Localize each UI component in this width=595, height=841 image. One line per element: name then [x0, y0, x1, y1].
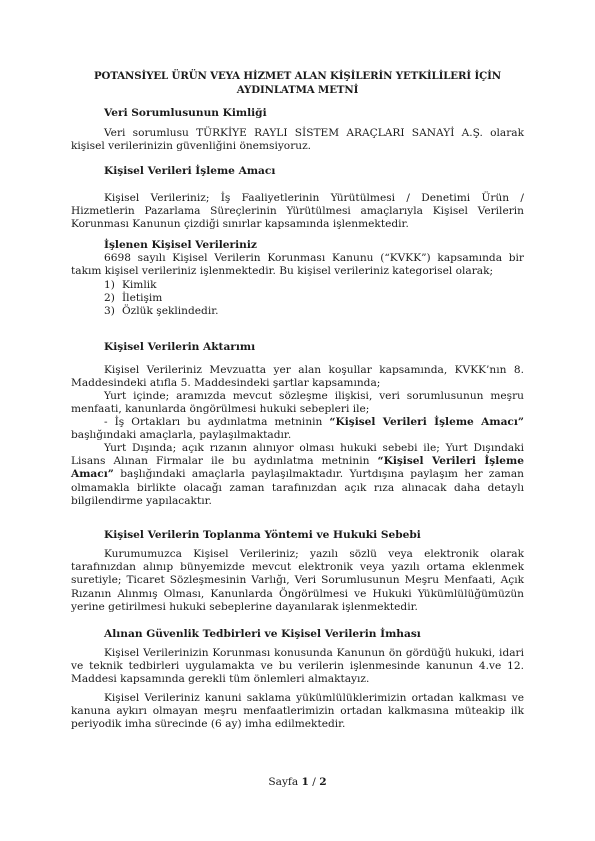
section-text-security-2: Kişisel Verileriniz kanuni saklama yüküm… [71, 692, 524, 732]
section-text-security-1: Kişisel Verilerinizin Korunması konusund… [71, 647, 524, 687]
list-item: 3)Özlük şeklindedir. [71, 305, 557, 318]
section-heading-identity: Veri Sorumlusunun Kimliği [71, 107, 557, 120]
section-text-processed: 6698 sayılı Kişisel Verilerin Korunması … [71, 252, 524, 278]
list-item: 2)İletişim [71, 292, 557, 305]
section-text-identity: Veri sorumlusu TÜRKİYE RAYLI SİSTEM ARAÇ… [71, 127, 524, 153]
section-text-transfer-2: Yurt içinde; aramızda mevcut sözleşme il… [71, 390, 524, 416]
title-line-2: AYDINLATMA METNİ [71, 83, 524, 97]
section-text-purpose: Kişisel Verileriniz; İş Faaliyetlerinin … [71, 192, 524, 232]
page-footer: Sayfa 1 / 2 [0, 776, 595, 788]
current-page: 1 [302, 776, 309, 788]
section-heading-transfer: Kişisel Verilerin Aktarımı [71, 341, 557, 354]
section-heading-processed: İşlenen Kişisel Verileriniz [71, 239, 557, 252]
list-item: 1)Kimlik [71, 279, 557, 292]
section-text-transfer-4: Yurt Dışında; açık rızanın alınıyor olma… [71, 442, 524, 508]
section-text-collection: Kurumumuzca Kişisel Verileriniz; yazılı … [71, 548, 524, 614]
section-heading-security: Alınan Güvenlik Tedbirleri ve Kişisel Ve… [71, 628, 557, 641]
page-label: Sayfa [268, 776, 298, 788]
page-separator: / [312, 776, 316, 788]
section-text-transfer-1: Kişisel Verileriniz Mevzuatta yer alan k… [71, 364, 524, 390]
reference-heading: “Kişisel Verileri İşleme Amacı” [329, 416, 524, 428]
section-heading-collection: Kişisel Verilerin Toplanma Yöntemi ve Hu… [71, 529, 557, 542]
total-pages: 2 [319, 776, 326, 788]
document-title: POTANSİYEL ÜRÜN VEYA HİZMET ALAN KİŞİLER… [71, 69, 524, 97]
section-heading-purpose: Kişisel Verileri İşleme Amacı [71, 165, 557, 178]
section-text-transfer-3: - İş Ortakları bu aydınlatma metninin “K… [71, 416, 524, 442]
title-line-1: POTANSİYEL ÜRÜN VEYA HİZMET ALAN KİŞİLER… [71, 69, 524, 83]
